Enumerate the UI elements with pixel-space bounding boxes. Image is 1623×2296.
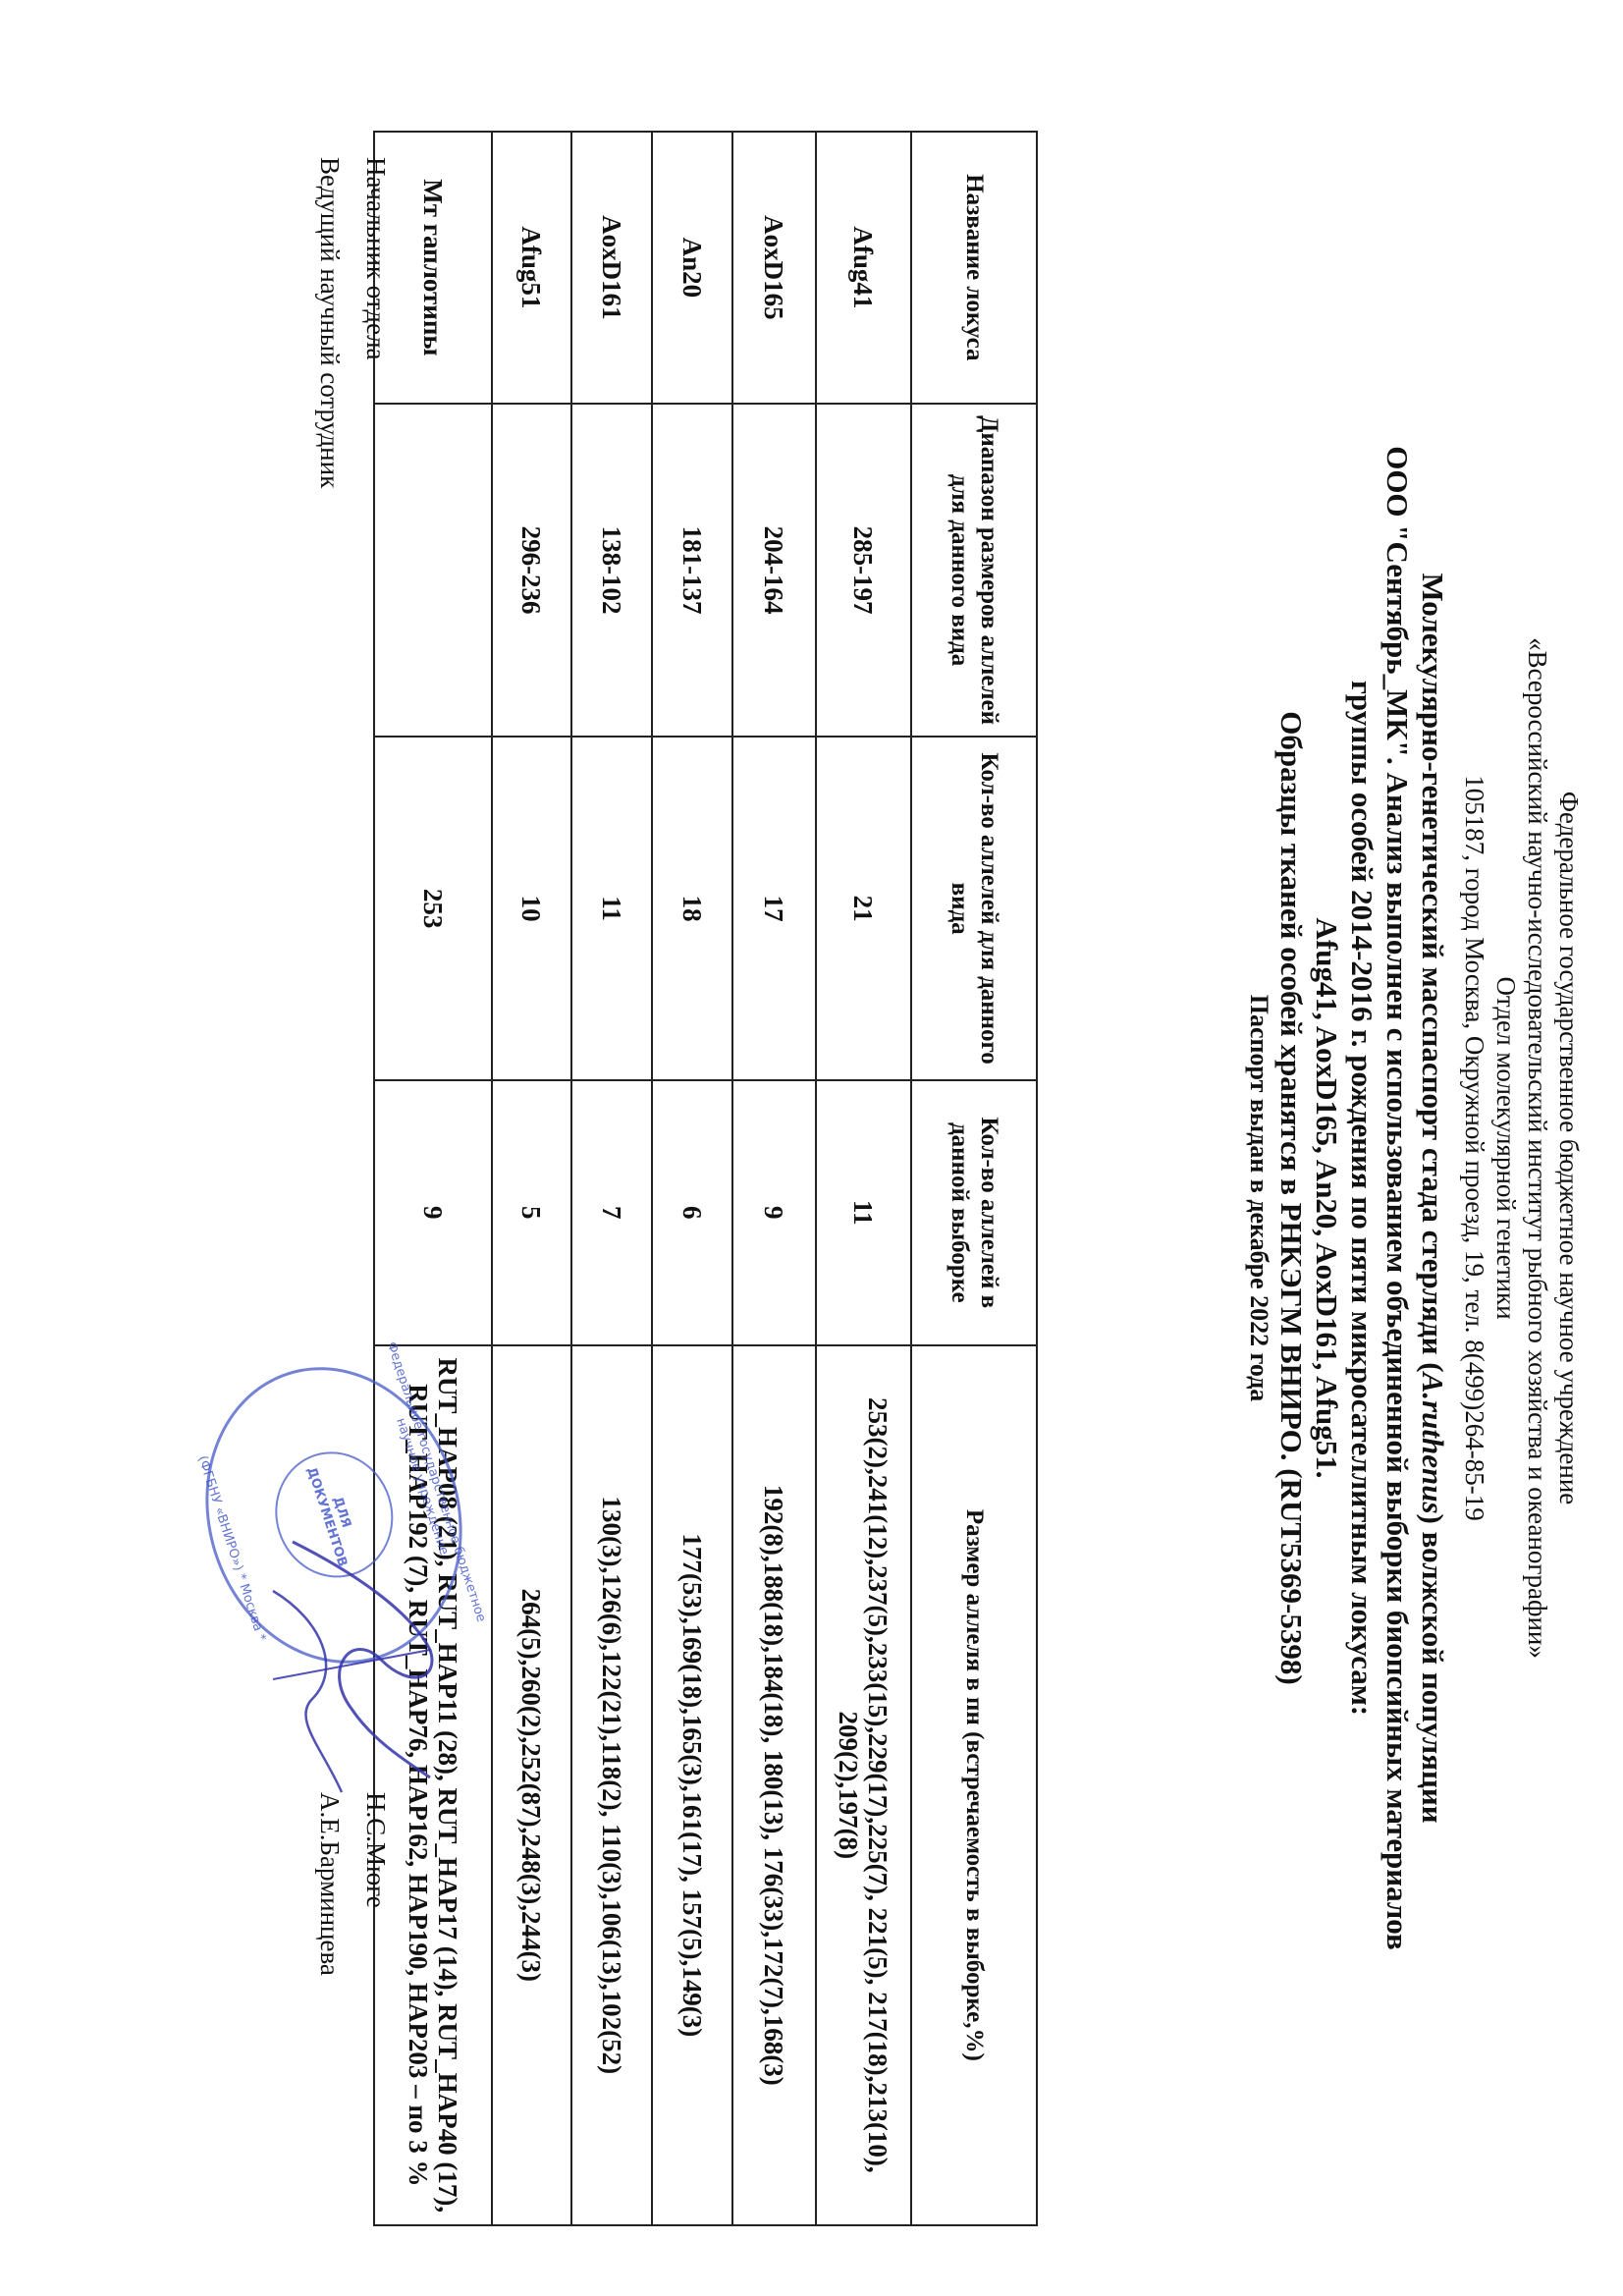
title-line-1: Молекулярно-генетический масспаспорт ста… <box>1415 432 1450 1964</box>
col-header-range: Диапазон размеров аллелей для данного ви… <box>911 404 1037 738</box>
cell-species-alleles: 18 <box>652 737 732 1080</box>
cell-allele-sizes: 130(3),126(6),122(21),118(2), 110(3),106… <box>571 1345 652 2225</box>
signatory-role-head: Начальник отдела <box>360 157 391 360</box>
institution-type: Федеральное государственное бюджетное на… <box>1553 0 1584 2296</box>
table-header-row: Название локуса Диапазон размеров аллеле… <box>911 132 1037 2225</box>
cell-sample-alleles: 9 <box>732 1080 816 1345</box>
title-line-2: ООО "Сентябрь_МК". Анализ выполнен с исп… <box>1380 432 1415 1964</box>
cell-locus: AoxD161 <box>571 132 652 404</box>
table-row: Afug51 296-236 10 5 264(5),260(2),252(87… <box>492 132 571 2225</box>
loci-table: Название локуса Диапазон размеров аллеле… <box>373 131 1038 2226</box>
table-row: An20 181-137 18 6 177(53),169(18),165(3)… <box>652 132 732 2225</box>
col-header-species-alleles: Кол-во аллелей для данного вида <box>911 737 1037 1080</box>
cell-locus: Afug51 <box>492 132 571 404</box>
department-name: Отдел молекулярной генетики <box>1490 0 1521 2296</box>
species-name: A.ruthenus <box>1416 1373 1450 1514</box>
cell-sample-alleles: 11 <box>816 1080 911 1345</box>
cell-locus: AoxD165 <box>732 132 816 404</box>
cell-range: 181-137 <box>652 404 732 738</box>
cell-sample-alleles: 7 <box>571 1080 652 1345</box>
cell-species-alleles: 21 <box>816 737 911 1080</box>
title-line-5: Образцы тканей особей хранятся в РНКЭГМ … <box>1273 432 1309 1964</box>
table-row: AoxD165 204-164 17 9 192(8),188(18),184(… <box>732 132 816 2225</box>
institution-name: «Всероссийский научно-исследовательский … <box>1522 0 1552 2296</box>
document-title: Молекулярно-генетический масспаспорт ста… <box>1244 432 1450 1964</box>
cell-species-alleles: 10 <box>492 737 571 1080</box>
cell-allele-sizes: 264(5),260(2),252(87),248(3),244(3) <box>492 1345 571 2225</box>
cell-locus: Мт гаплотипы <box>374 132 492 404</box>
handwritten-signature-icon <box>253 1532 469 1807</box>
document-page: Федеральное государственное бюджетное на… <box>0 0 1623 2296</box>
cell-range: 296-236 <box>492 404 571 738</box>
col-header-allele-sizes: Размер аллеля в пн (встречаемость в выбо… <box>911 1345 1037 2225</box>
col-header-sample-alleles: Кол-во аллелей в данной выборке <box>911 1080 1037 1345</box>
title-line-3: группы особей 2014-2016 г. рождения по п… <box>1344 432 1380 1964</box>
signatory-name-head: Н.С.Мюге <box>360 1792 391 1908</box>
cell-sample-alleles: 6 <box>652 1080 732 1345</box>
cell-locus: An20 <box>652 132 732 404</box>
cell-sample-alleles: 9 <box>374 1080 492 1345</box>
cell-range: 204-164 <box>732 404 816 738</box>
cell-allele-sizes: 192(8),188(18),184(18), 180(13), 176(33)… <box>732 1345 816 2225</box>
table-row: Afug41 285-197 21 11 253(2),241(12),237(… <box>816 132 911 2225</box>
cell-species-alleles: 11 <box>571 737 652 1080</box>
title-line-4: Afug41, AoxD165, An20, AoxD161, Afug51. <box>1309 432 1344 1964</box>
col-header-locus: Название локуса <box>911 132 1037 404</box>
signatory-role-researcher: Ведущий научный сотрудник <box>314 157 345 488</box>
table-row: AoxD161 138-102 11 7 130(3),126(6),122(2… <box>571 132 652 2225</box>
signatory-name-researcher: А.Е.Барминцева <box>314 1792 345 1976</box>
cell-species-alleles: 17 <box>732 737 816 1080</box>
issue-date-line: Паспорт выдан в декабре 2022 года <box>1244 432 1273 1964</box>
cell-range: 138-102 <box>571 404 652 738</box>
institution-address: 105187, город Москва, Окружной проезд, 1… <box>1459 0 1489 2296</box>
cell-range <box>374 404 492 738</box>
cell-species-alleles: 253 <box>374 737 492 1080</box>
cell-allele-sizes: 177(53),169(18),165(3),161(17), 157(5),1… <box>652 1345 732 2225</box>
table-row: Мт гаплотипы 253 9 RUT_HAP08 (21), RUT_H… <box>374 132 492 2225</box>
cell-allele-sizes: 253(2),241(12),237(5),233(15),229(17),22… <box>816 1345 911 2225</box>
cell-locus: Afug41 <box>816 132 911 404</box>
cell-range: 285-197 <box>816 404 911 738</box>
cell-sample-alleles: 5 <box>492 1080 571 1345</box>
